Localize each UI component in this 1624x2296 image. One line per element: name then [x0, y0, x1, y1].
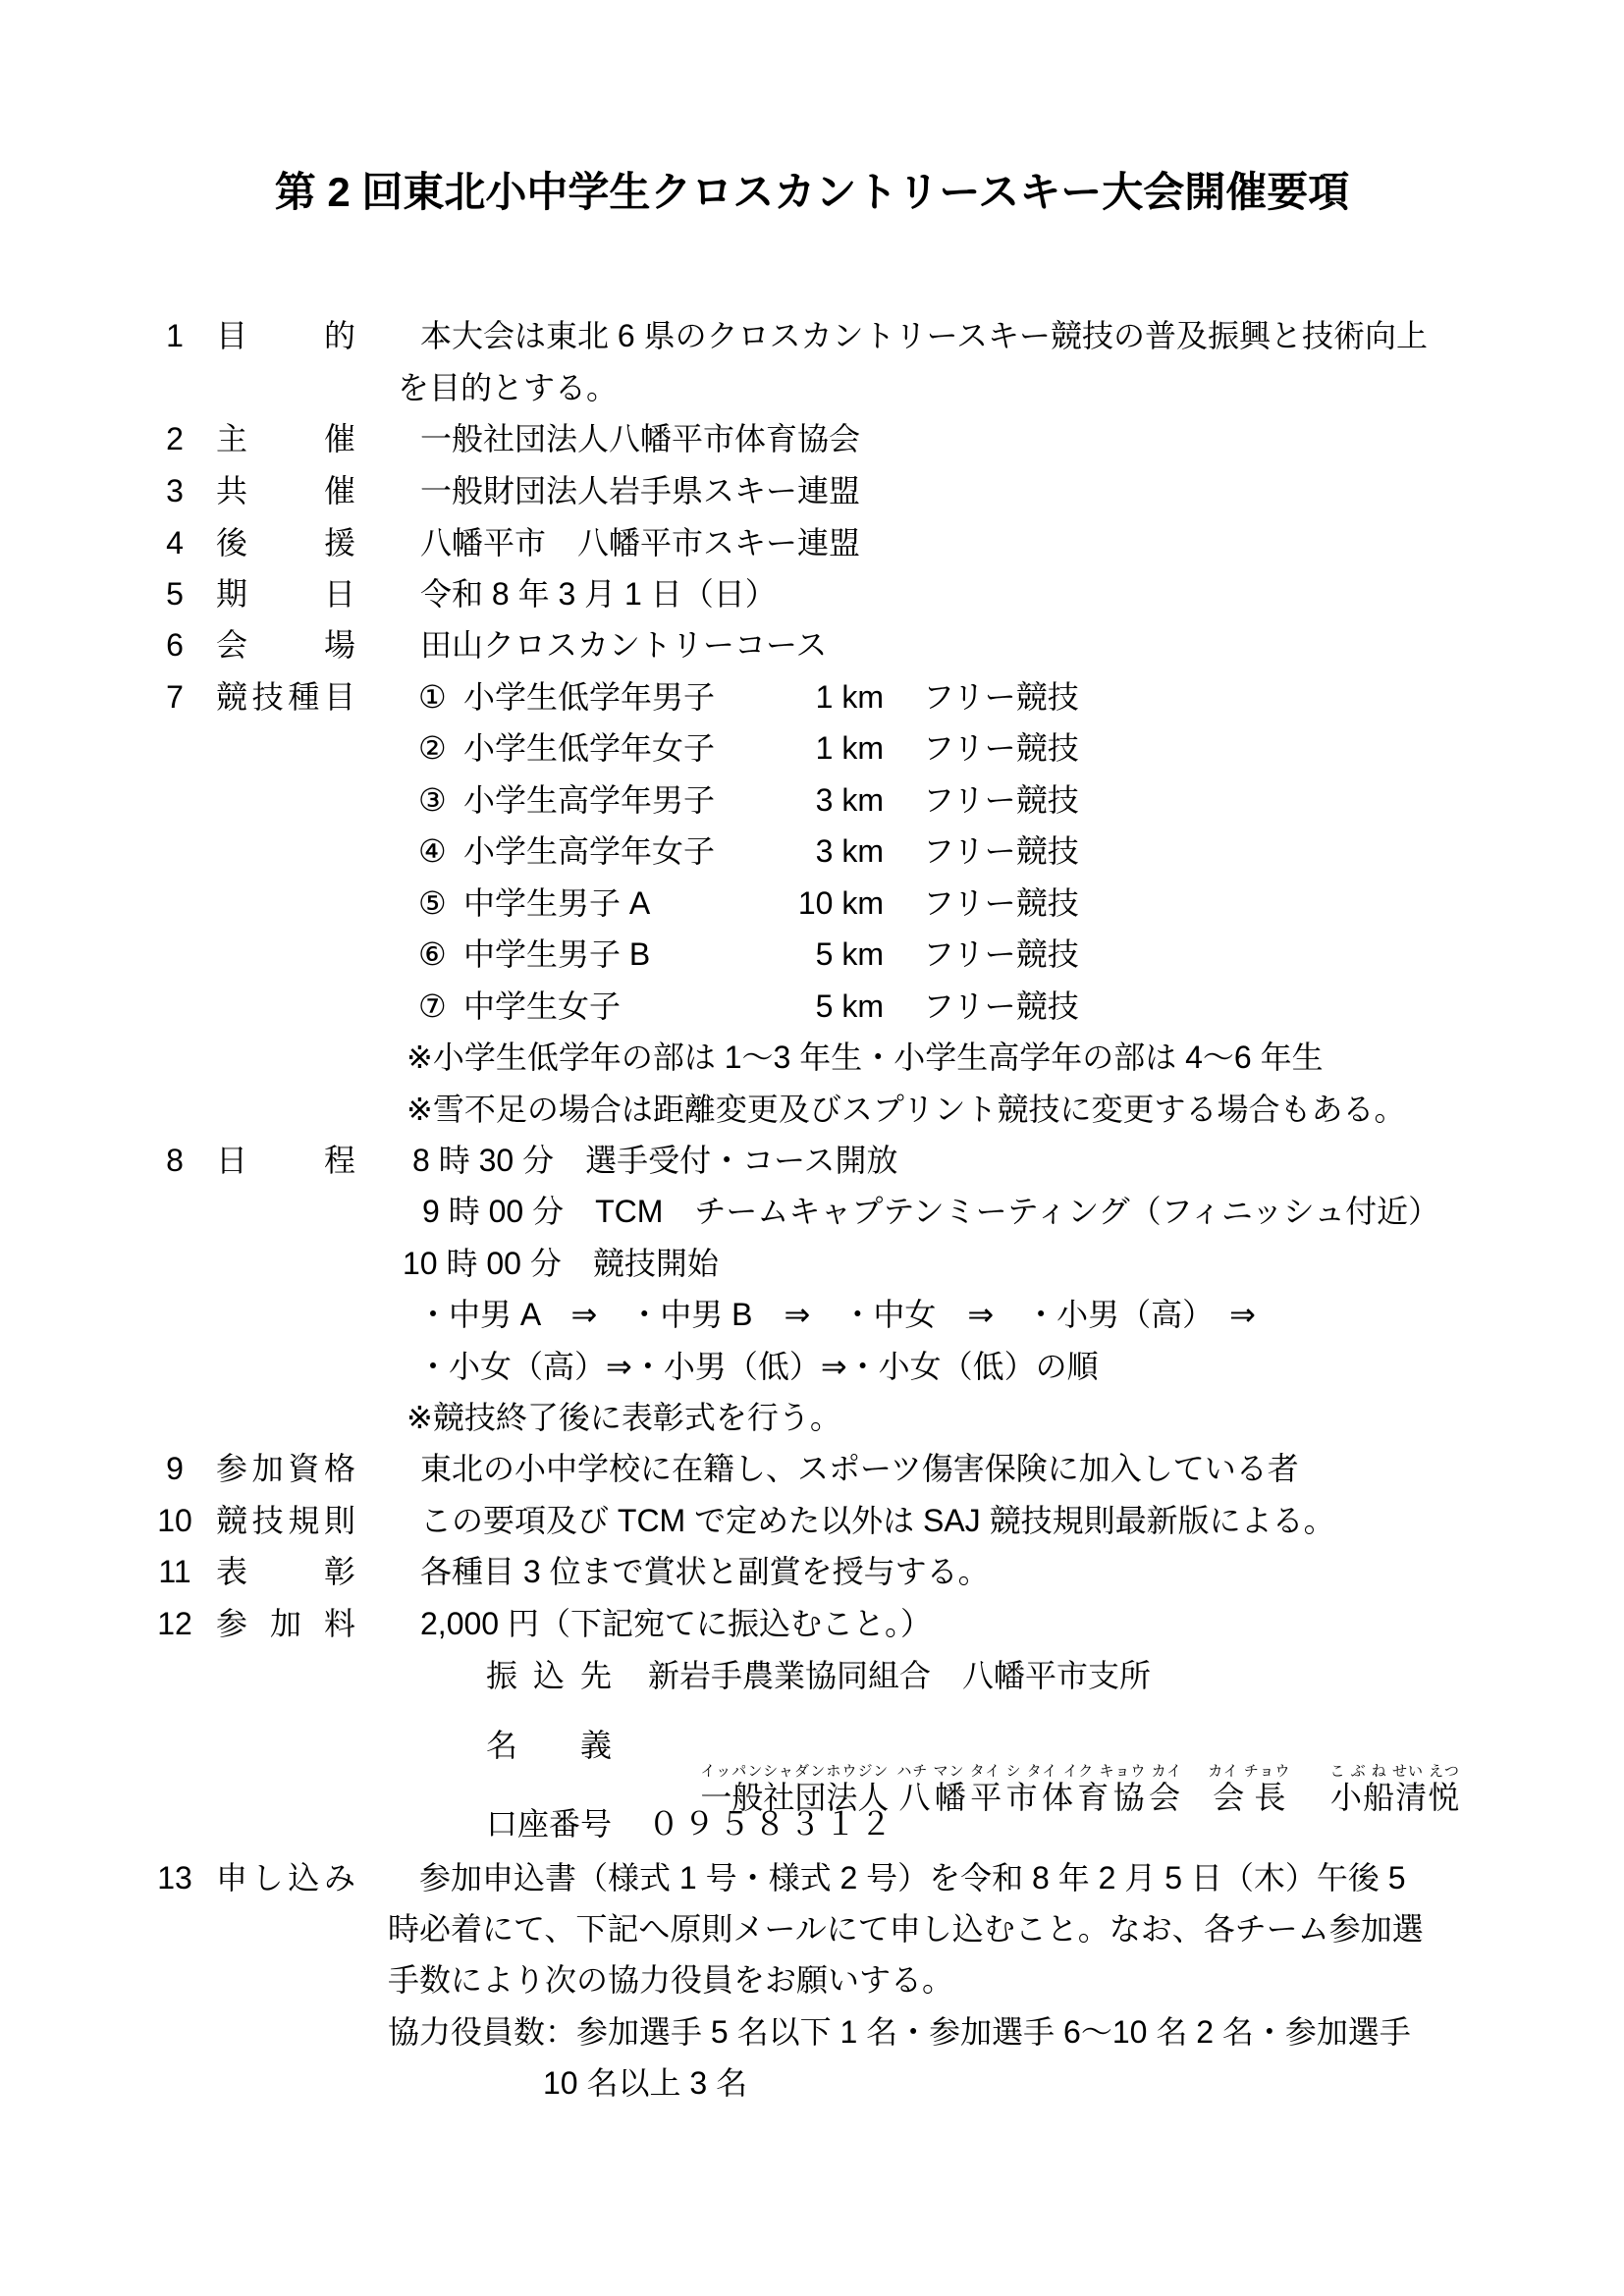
event-marker: ②	[418, 722, 447, 774]
item-content: 一般社団法人八幡平市体育協会	[420, 413, 860, 465]
event-distance: 3 km	[746, 774, 884, 827]
account-number-label: 口座番号	[486, 1798, 612, 1850]
item-number: 6	[155, 619, 194, 671]
item-content: 田山クロスカントリーコース	[420, 619, 827, 671]
event-name: 中学生男子 A	[463, 878, 650, 930]
item-label: 日程	[216, 1135, 355, 1187]
event-row: ⑥ 中学生男子 B 5 km フリー競技	[0, 929, 1624, 981]
event-style: フリー競技	[923, 981, 1079, 1033]
account-name-label: 名義	[486, 1720, 612, 1772]
item-host-row: 2 主催 一般社団法人八幡平市体育協会	[0, 413, 1624, 465]
event-name: 中学生男子 B	[463, 929, 650, 981]
account-name-assoc: 八幡平市体育協会ハチ マン タイ シ タイ イク キョウ カイ	[896, 1780, 1182, 1815]
item-label: 期日	[216, 568, 355, 620]
item-awards-row: 11 表彰 各種目 3 位まで賞状と副賞を授与する。	[0, 1546, 1624, 1598]
item-events-row: 7 競技種目 ① 小学生低学年男子 1 km フリー競技	[0, 671, 1624, 723]
item-number: 2	[155, 413, 194, 465]
application-line: 時必着にて、下記へ原則メールにて申し込むこと。なお、各チーム参加選	[388, 1903, 1424, 1955]
item-content: 一般財団法人岩手県スキー連盟	[420, 465, 860, 517]
item-cohost-row: 3 共催 一般財団法人岩手県スキー連盟	[0, 465, 1624, 517]
item-label: 後援	[216, 517, 355, 569]
event-row: ⑤ 中学生男子 A 10 km フリー競技	[0, 878, 1624, 930]
item-content: 各種目 3 位まで賞状と副賞を授与する。	[420, 1546, 990, 1598]
item-number: 8	[155, 1135, 194, 1187]
item-label: 主催	[216, 413, 355, 465]
event-style: フリー競技	[923, 774, 1079, 827]
item-number: 11	[155, 1546, 194, 1598]
item-content: 八幡平市 八幡平市スキー連盟	[420, 517, 860, 569]
event-distance: 1 km	[746, 722, 884, 774]
events-note-snow: ※雪不足の場合は距離変更及びスプリント競技に変更する場合もある。	[406, 1084, 1406, 1136]
item-venue-row: 6 会場 田山クロスカントリーコース	[0, 619, 1624, 671]
schedule-order-line: ・中男 A ⇒ ・中男 B ⇒ ・中女 ⇒ ・小男（高） ⇒	[417, 1289, 1256, 1341]
application-staff-line: 協力役員数：参加選手 5 名以下 1 名・参加選手 6～10 名 2 名・参加選…	[388, 2006, 1411, 2058]
item-application-row: 13 申し込み 参加申込書（様式 1 号・様式 2 号）を令和 8 年 2 月 …	[0, 1852, 1624, 1904]
event-marker: ⑦	[418, 981, 447, 1033]
item-label: 共催	[216, 465, 355, 517]
item-label: 競技規則	[216, 1495, 355, 1547]
event-distance: 10 km	[746, 878, 884, 930]
event-marker: ④	[418, 826, 447, 878]
event-marker: ③	[418, 774, 447, 827]
application-staff-line: 10 名以上 3 名	[543, 2057, 747, 2109]
item-number: 9	[155, 1443, 194, 1495]
item-number: 5	[155, 568, 194, 620]
event-style: フリー競技	[923, 929, 1079, 981]
item-content: 令和 8 年 3 月 1 日（日）	[420, 568, 777, 620]
bank-transfer-value: 新岩手農業協同組合 八幡平市支所	[648, 1650, 1151, 1702]
item-date-row: 5 期日 令和 8 年 3 月 1 日（日）	[0, 568, 1624, 620]
item-content: この要項及び TCM で定めた以外は SAJ 競技規則最新版による。	[420, 1495, 1335, 1547]
item-number: 7	[155, 671, 194, 723]
event-style: フリー競技	[923, 878, 1079, 930]
item-label: 会場	[216, 619, 355, 671]
event-style: フリー競技	[923, 671, 1079, 723]
doc-title: 第 2 回東北小中学生クロスカントリースキー大会開催要項	[0, 165, 1624, 220]
event-name: 小学生高学年男子	[463, 774, 715, 827]
document-page: 第 2 回東北小中学生クロスカントリースキー大会開催要項 1 目的 本大会は東北…	[0, 0, 1624, 2296]
item-purpose-cont: を目的とする。	[398, 362, 618, 414]
event-row: ④ 小学生高学年女子 3 km フリー競技	[0, 826, 1624, 878]
item-label: 目的	[216, 310, 355, 362]
item-content: 2,000 円（下記宛てに振込むこと。）	[420, 1598, 932, 1650]
item-support-row: 4 後援 八幡平市 八幡平市スキー連盟	[0, 517, 1624, 569]
item-number: 1	[155, 310, 194, 362]
event-style: フリー競技	[923, 722, 1079, 774]
item-number: 13	[155, 1852, 194, 1904]
event-name: 中学生女子	[463, 981, 621, 1033]
schedule-line: 8 時 30 分 選手受付・コース開放	[412, 1135, 897, 1187]
item-content: 東北の小中学校に在籍し、スポーツ傷害保険に加入している者	[420, 1443, 1299, 1495]
application-line: 手数により次の協力役員をお願いする。	[388, 1954, 953, 2006]
item-eligibility-row: 9 参加資格 東北の小中学校に在籍し、スポーツ傷害保険に加入している者	[0, 1443, 1624, 1495]
account-name-title: 会長カイ チョウ	[1208, 1780, 1290, 1815]
event-style: フリー競技	[923, 826, 1079, 878]
event-marker: ①	[418, 671, 447, 723]
event-distance: 1 km	[746, 671, 884, 723]
item-fee-row: 12 参加料 2,000 円（下記宛てに振込むこと。）	[0, 1598, 1624, 1650]
event-name: 小学生高学年女子	[463, 826, 715, 878]
account-number-value: ０９５８３１２	[648, 1798, 895, 1850]
item-number: 10	[155, 1495, 194, 1547]
bank-transfer-row: 振込先 新岩手農業協同組合 八幡平市支所	[486, 1650, 1151, 1702]
event-distance: 5 km	[746, 981, 884, 1033]
schedule-line: 9 時 00 分 TCM チームキャプテンミーティング（フィニッシュ付近）	[422, 1186, 1439, 1238]
item-number: 12	[155, 1598, 194, 1650]
event-marker: ⑤	[418, 878, 447, 930]
item-number: 4	[155, 517, 194, 569]
item-content: 本大会は東北 6 県のクロスカントリースキー競技の普及振興と技術向上	[420, 310, 1428, 362]
events-note-grades: ※小学生低学年の部は 1～3 年生・小学生高学年の部は 4～6 年生	[406, 1032, 1324, 1084]
item-schedule-row: 8 日程 8 時 30 分 選手受付・コース開放	[0, 1135, 1624, 1187]
event-name: 小学生低学年男子	[463, 671, 715, 723]
event-distance: 5 km	[746, 929, 884, 981]
bank-transfer-label: 振込先	[486, 1650, 612, 1702]
item-number: 3	[155, 465, 194, 517]
event-marker: ⑥	[418, 929, 447, 981]
account-number-row: 口座番号 ０９５８３１２	[486, 1798, 895, 1850]
item-label: 表彰	[216, 1546, 355, 1598]
event-row: ⑦ 中学生女子 5 km フリー競技	[0, 981, 1624, 1033]
event-name: 小学生低学年女子	[463, 722, 715, 774]
account-name-person: 小船清悦こ ぶ ね せい えつ	[1329, 1780, 1459, 1815]
schedule-line: 10 時 00 分 競技開始	[403, 1238, 719, 1290]
event-row: ③ 小学生高学年男子 3 km フリー競技	[0, 774, 1624, 827]
item-purpose-row: 1 目的 本大会は東北 6 県のクロスカントリースキー競技の普及振興と技術向上	[0, 310, 1624, 362]
application-line: 参加申込書（様式 1 号・様式 2 号）を令和 8 年 2 月 5 日（木）午後…	[419, 1852, 1406, 1904]
schedule-order-line: ・小女（高）⇒・小男（低）⇒・小女（低）の順	[417, 1341, 1099, 1393]
item-label: 参加資格	[216, 1443, 355, 1495]
item-label: 競技種目	[216, 671, 355, 723]
item-label: 申し込み	[216, 1852, 355, 1904]
schedule-note: ※競技終了後に表彰式を行う。	[406, 1392, 841, 1444]
event-row: ② 小学生低学年女子 1 km フリー競技	[0, 722, 1624, 774]
item-rules-row: 10 競技規則 この要項及び TCM で定めた以外は SAJ 競技規則最新版によ…	[0, 1495, 1624, 1547]
event-distance: 3 km	[746, 826, 884, 878]
item-label: 参加料	[216, 1598, 355, 1650]
